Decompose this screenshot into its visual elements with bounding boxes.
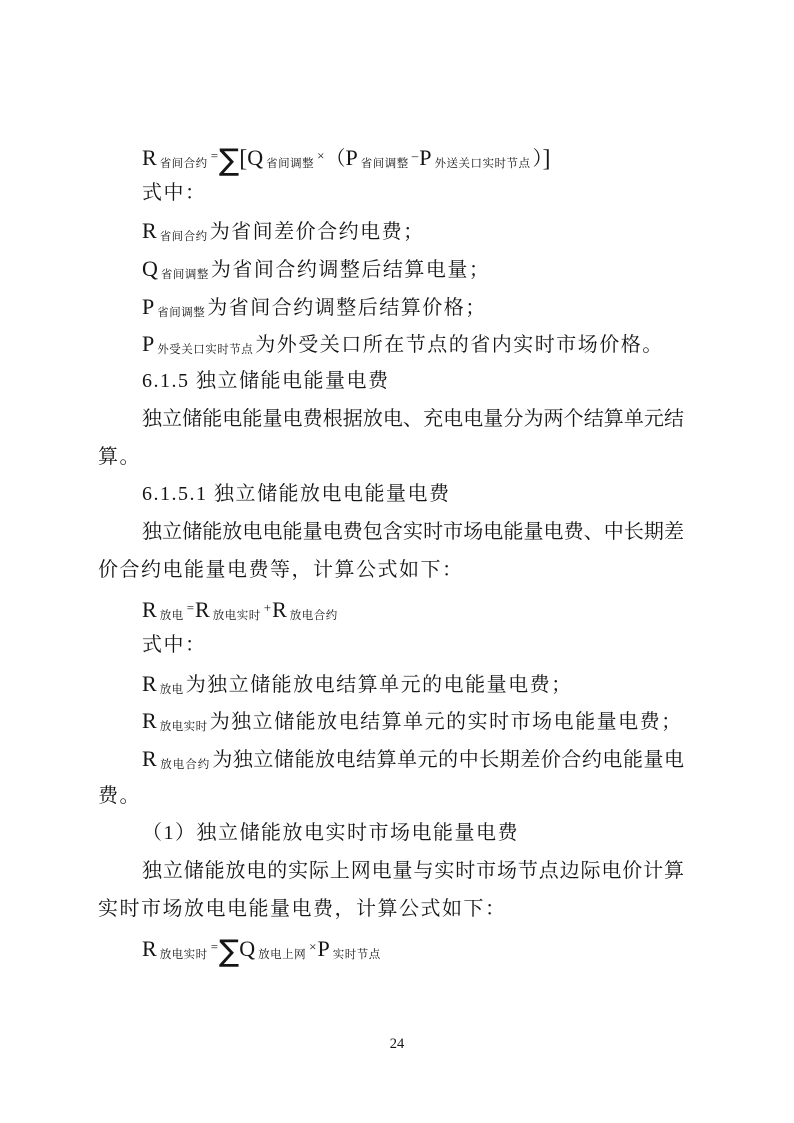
multiply-sign: × [317, 148, 324, 163]
multiply-sign: × [309, 939, 316, 954]
definition-line-P-inbound-gateway: P外受关口实时节点为外受关口所在节点的省内实时市场价格。 [98, 325, 684, 363]
definition-text: 为省间合约调整后结算价格； [207, 297, 487, 319]
var-R: R [142, 145, 157, 170]
subscript-discharge-realtime: 放电实时 [160, 721, 208, 733]
formula-interprovincial-contract-fee: R省间合约=∑[Q省间调整×（P省间调整–P外送关口实时节点）] [98, 137, 684, 175]
right-bracket: ] [542, 146, 550, 172]
equals-sign: = [211, 148, 218, 163]
definition-line-Q-adjusted: Q省间调整为省间合约调整后结算电量； [98, 250, 684, 288]
var-P: P [419, 145, 431, 170]
subscript-discharge-realtime: 放电实时 [213, 610, 261, 622]
definition-text: 为省间合约调整后结算电量； [211, 259, 491, 281]
heading-item-1-discharge-realtime: （1）独立储能放电实时市场电能量电费 [98, 815, 684, 853]
var-P: P [142, 294, 154, 319]
sigma-icon: ∑ [219, 143, 239, 178]
subscript-realtime-node: 实时节点 [333, 949, 381, 961]
body-line-discharge-realtime-calc-2: 实时市场放电电能量电费，计算公式如下： [98, 891, 684, 929]
var-P: P [345, 145, 357, 170]
subscript-interprovincial-contract: 省间合约 [160, 158, 208, 170]
body-line-discharge-realtime-calc-1: 独立储能放电的实际上网电量与实时市场节点边际电价计算 [98, 853, 684, 891]
minus-sign: – [412, 148, 419, 163]
page-number: 24 [0, 1036, 794, 1053]
right-paren: ） [532, 148, 542, 170]
body-line-where-2: 式中： [98, 627, 684, 665]
subscript-discharge: 放电 [160, 610, 184, 622]
definition-line-R-discharge: R放电为独立储能放电结算单元的电能量电费； [98, 665, 684, 703]
body-line-discharge-fee-intro-2: 价合约电能量电费等，计算公式如下： [98, 552, 684, 590]
heading-6-1-5: 6.1.5 独立储能电能量电费 [98, 363, 684, 401]
formula-discharge-realtime-fee: R放电实时=∑Q放电上网×P实时节点 [98, 928, 684, 966]
definition-text: 为独立储能放电结算单元的电能量电费； [186, 674, 573, 696]
document-page: R省间合约=∑[Q省间调整×（P省间调整–P外送关口实时节点）] 式中： R省间… [0, 0, 794, 1123]
definition-line-R-interprovincial: R省间合约为省间差价合约电费； [98, 212, 684, 250]
body-line-discharge-fee-intro-1: 独立储能放电电能量电费包含实时市场电能量电费、中长期差 [98, 514, 684, 552]
body-line-where: 式中： [98, 175, 684, 213]
subscript-outbound-gateway-realtime-node: 外送关口实时节点 [434, 158, 530, 170]
subscript-discharge-contract: 放电合约 [160, 759, 211, 771]
var-R: R [142, 936, 157, 961]
subscript-discharge-realtime: 放电实时 [160, 949, 208, 961]
definition-line-R-discharge-contract-2: 费。 [98, 778, 684, 816]
subscript-interprovincial-adjusted: 省间调整 [361, 158, 409, 170]
definition-text: 为独立储能放电结算单元的中长期差价合约电能量电 [212, 749, 684, 771]
sigma-icon: ∑ [219, 934, 239, 969]
definition-text: 为外受关口所在节点的省内实时市场价格。 [255, 334, 664, 356]
definition-line-R-discharge-contract-1: R放电合约为独立储能放电结算单元的中长期差价合约电能量电 [98, 740, 684, 778]
heading-6-1-5-1: 6.1.5.1 独立储能放电电能量电费 [98, 476, 684, 514]
var-R: R [142, 597, 157, 622]
subscript-interprovincial-adjusted: 省间调整 [266, 158, 314, 170]
subscript-interprovincial-contract: 省间合约 [160, 231, 208, 243]
left-paren: （ [325, 148, 345, 170]
body-line-storage-fee-split-1: 独立储能电能量电费根据放电、充电电量分为两个结算单元结 [98, 401, 684, 439]
var-Q: Q [239, 936, 255, 961]
document-body: R省间合约=∑[Q省间调整×（P省间调整–P外送关口实时节点）] 式中： R省间… [98, 137, 684, 966]
definition-line-R-discharge-realtime: R放电实时为独立储能放电结算单元的实时市场电能量电费； [98, 702, 684, 740]
subscript-inbound-gateway-realtime-node: 外受关口实时节点 [157, 344, 253, 356]
plus-sign: + [264, 600, 271, 615]
var-Q: Q [247, 145, 263, 170]
subscript-interprovincial-adjusted: 省间调整 [157, 307, 205, 319]
subscript-discharge: 放电 [160, 684, 184, 696]
equals-sign: = [187, 600, 194, 615]
subscript-discharge-contract: 放电合约 [290, 610, 338, 622]
var-R: R [142, 746, 157, 771]
body-line-storage-fee-split-2: 算。 [98, 439, 684, 477]
definition-line-P-adjusted: P省间调整为省间合约调整后结算价格； [98, 288, 684, 326]
var-P: P [317, 936, 329, 961]
var-R: R [142, 671, 157, 696]
subscript-discharge-to-grid: 放电上网 [258, 949, 306, 961]
definition-text: 为独立储能放电结算单元的实时市场电能量电费； [210, 711, 683, 733]
var-R: R [142, 708, 157, 733]
equals-sign: = [211, 939, 218, 954]
var-P: P [142, 331, 154, 356]
var-R: R [272, 597, 287, 622]
definition-text: 为省间差价合约电费； [210, 221, 425, 243]
var-R: R [142, 218, 157, 243]
var-Q: Q [142, 256, 158, 281]
formula-discharge-fee-total: R放电=R放电实时+R放电合约 [98, 589, 684, 627]
subscript-interprovincial-adjusted: 省间调整 [161, 269, 209, 281]
var-R: R [195, 597, 210, 622]
